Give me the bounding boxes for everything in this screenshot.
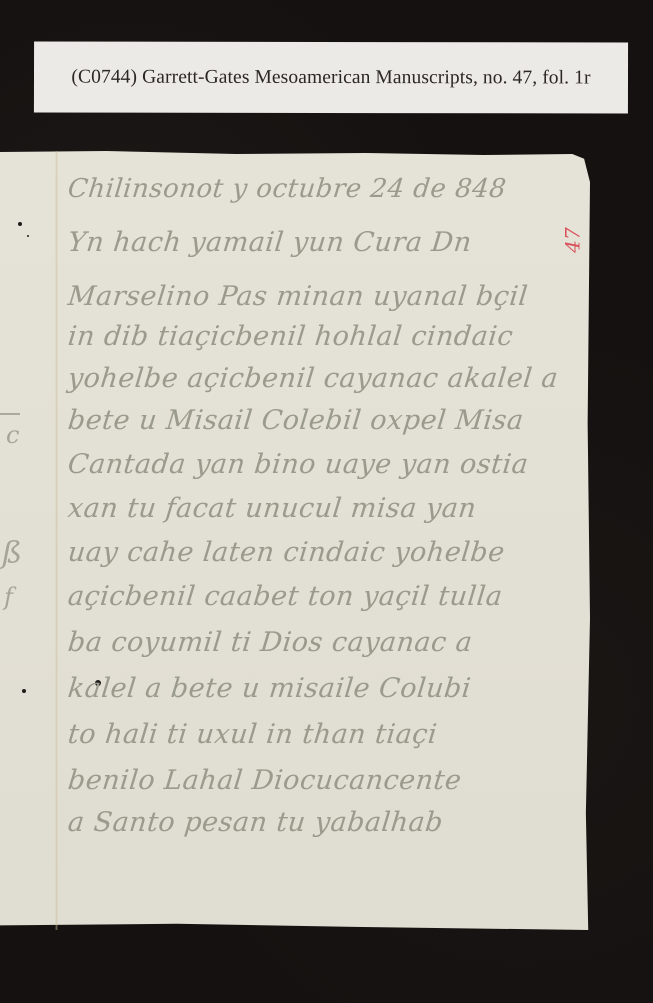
fragment-stroke [0,413,20,415]
ink-speck [22,689,26,693]
catalog-label-text: (C0744) Garrett-Gates Mesoamerican Manus… [71,66,590,89]
fragment-glyph: c [6,421,19,449]
catalog-label: (C0744) Garrett-Gates Mesoamerican Manus… [34,41,628,113]
ink-speck [27,235,29,237]
fragment-glyph: f [4,583,13,611]
manuscript-text: Chilinsonot y octubre 24 de 848 Yn hach … [68,162,588,850]
manuscript-line: Chilinsonot y octubre 24 de 848 [65,162,591,216]
manuscript-line: Yn hach yamail yun Cura Dn [65,216,591,270]
facing-page-fragments: c ß f [0,151,56,930]
fragment-glyph: ß [2,536,22,571]
ink-speck [18,222,22,226]
manuscript-line: a Santo pesan tu yabalhab [65,796,591,850]
